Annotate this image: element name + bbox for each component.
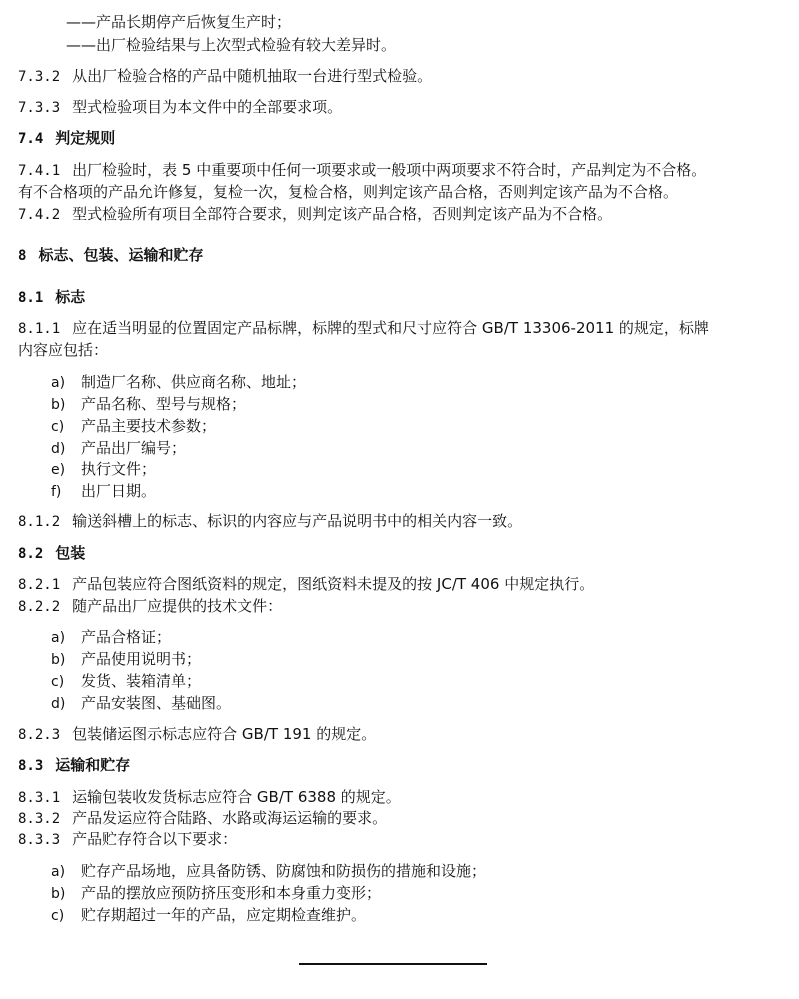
list-item: b)产品名称、型号与规格； (51, 394, 246, 415)
list-text: 产品合格证； (81, 628, 171, 646)
list-label: b) (51, 395, 81, 415)
section-number: 7.4 (18, 129, 43, 149)
list-text: 产品出厂编号； (81, 439, 186, 457)
list-text: 产品名称、型号与规格； (81, 395, 246, 413)
list-text: 执行文件； (81, 460, 156, 478)
list-label: b) (51, 884, 81, 904)
clause-number: 8.1.1 (18, 319, 60, 339)
clause-text: 产品贮存符合以下要求： (72, 830, 237, 848)
list-label: c) (51, 417, 81, 437)
clause-continuation: 内容应包括： (18, 340, 108, 360)
clause-8-3-3: 8.3.3产品贮存符合以下要求： (18, 829, 237, 850)
clause-number: 8.3.1 (18, 788, 60, 808)
list-label: b) (51, 650, 81, 670)
list-item: a)制造厂名称、供应商名称、地址； (51, 372, 306, 393)
clause-7-3-3: 7.3.3型式检验项目为本文件中的全部要求项。 (18, 97, 342, 118)
list-label: c) (51, 672, 81, 692)
clause-text: 从出厂检验合格的产品中随机抽取一台进行型式检验。 (72, 67, 432, 85)
clause-number: 7.3.3 (18, 98, 60, 118)
list-item: b)产品使用说明书； (51, 649, 201, 670)
clause-text: 随产品出厂应提供的技术文件： (72, 597, 282, 615)
list-label: d) (51, 694, 81, 714)
section-number: 8.3 (18, 756, 43, 776)
clause-text: 产品发运应符合陆路、水路或海运运输的要求。 (72, 809, 387, 827)
list-label: c) (51, 906, 81, 926)
clause-text: 运输包装收发货标志应符合 GB/T 6388 的规定。 (72, 788, 401, 806)
clause-number: 8.2.2 (18, 597, 60, 617)
clause-8-1-2: 8.1.2输送斜槽上的标志、标识的内容应与产品说明书中的相关内容一致。 (18, 511, 522, 532)
dash-item: ——产品长期停产后恢复生产时； (66, 12, 291, 32)
chapter-number: 8 (18, 246, 26, 266)
clause-7-4-1: 7.4.1出厂检验时，表 5 中重要项中任何一项要求或一般项中两项要求不符合时，… (18, 160, 706, 181)
clause-number: 8.2.1 (18, 575, 60, 595)
clause-number: 8.3.3 (18, 830, 60, 850)
list-label: a) (51, 862, 81, 882)
list-label: f) (51, 482, 81, 502)
clause-text: 应在适当明显的位置固定产品标牌，标牌的型式和尺寸应符合 GB/T 13306-2… (72, 319, 709, 337)
section-title: 判定规则 (55, 129, 115, 147)
section-heading-8-1: 8.1标志 (18, 287, 85, 308)
clause-8-2-2: 8.2.2随产品出厂应提供的技术文件： (18, 596, 282, 617)
section-title: 包装 (55, 544, 85, 562)
list-label: d) (51, 439, 81, 459)
clause-text: 型式检验所有项目全部符合要求，则判定该产品合格，否则判定该产品为不合格。 (72, 205, 612, 223)
clause-number: 7.3.2 (18, 67, 60, 87)
section-heading-8-2: 8.2包装 (18, 543, 85, 564)
chapter-title: 标志、包装、运输和贮存 (38, 246, 203, 264)
clause-7-3-2: 7.3.2从出厂检验合格的产品中随机抽取一台进行型式检验。 (18, 66, 432, 87)
clause-text: 输送斜槽上的标志、标识的内容应与产品说明书中的相关内容一致。 (72, 512, 522, 530)
list-label: a) (51, 373, 81, 393)
list-item: d)产品安装图、基础图。 (51, 693, 231, 714)
list-item: e)执行文件； (51, 459, 156, 480)
list-item: a)贮存产品场地，应具备防锈、防腐蚀和防损伤的措施和设施； (51, 861, 486, 882)
list-item: c)发货、装箱清单； (51, 671, 201, 692)
clause-number: 7.4.2 (18, 205, 60, 225)
list-text: 产品使用说明书； (81, 650, 201, 668)
list-item: b)产品的摆放应预防挤压变形和本身重力变形； (51, 883, 381, 904)
clause-continuation: 有不合格项的产品允许修复，复检一次，复检合格，则判定该产品合格，否则判定该产品为… (18, 182, 678, 202)
clause-8-3-2: 8.3.2产品发运应符合陆路、水路或海运运输的要求。 (18, 808, 387, 829)
clause-number: 7.4.1 (18, 161, 60, 181)
clause-text: 产品包装应符合图纸资料的规定，图纸资料未提及的按 JC/T 406 中规定执行。 (72, 575, 594, 593)
clause-text: 型式检验项目为本文件中的全部要求项。 (72, 98, 342, 116)
section-title: 标志 (55, 288, 85, 306)
section-title: 运输和贮存 (55, 756, 130, 774)
dash-item: ——出厂检验结果与上次型式检验有较大差异时。 (66, 35, 396, 55)
end-of-document-rule (299, 963, 487, 965)
list-text: 制造厂名称、供应商名称、地址； (81, 373, 306, 391)
section-number: 8.2 (18, 544, 43, 564)
clause-number: 8.2.3 (18, 725, 60, 745)
list-item: c)产品主要技术参数； (51, 416, 216, 437)
section-heading-8-3: 8.3运输和贮存 (18, 755, 130, 776)
clause-8-1-1: 8.1.1应在适当明显的位置固定产品标牌，标牌的型式和尺寸应符合 GB/T 13… (18, 318, 709, 339)
list-text: 出厂日期。 (81, 482, 156, 500)
clause-7-4-2: 7.4.2型式检验所有项目全部符合要求，则判定该产品合格，否则判定该产品为不合格… (18, 204, 612, 225)
clause-text: 包装储运图示标志应符合 GB/T 191 的规定。 (72, 725, 376, 743)
list-text: 发货、装箱清单； (81, 672, 201, 690)
chapter-heading-8: 8标志、包装、运输和贮存 (18, 245, 203, 266)
list-item: c)贮存期超过一年的产品，应定期检查维护。 (51, 905, 366, 926)
clause-8-3-1: 8.3.1运输包装收发货标志应符合 GB/T 6388 的规定。 (18, 787, 401, 808)
list-label: e) (51, 460, 81, 480)
list-text: 产品安装图、基础图。 (81, 694, 231, 712)
list-item: d)产品出厂编号； (51, 438, 186, 459)
section-number: 8.1 (18, 288, 43, 308)
clause-8-2-3: 8.2.3包装储运图示标志应符合 GB/T 191 的规定。 (18, 724, 376, 745)
list-text: 产品主要技术参数； (81, 417, 216, 435)
clause-number: 8.3.2 (18, 809, 60, 829)
list-item: a)产品合格证； (51, 627, 171, 648)
list-text: 贮存期超过一年的产品，应定期检查维护。 (81, 906, 366, 924)
clause-text: 出厂检验时，表 5 中重要项中任何一项要求或一般项中两项要求不符合时，产品判定为… (72, 161, 706, 179)
clause-number: 8.1.2 (18, 512, 60, 532)
clause-8-2-1: 8.2.1产品包装应符合图纸资料的规定，图纸资料未提及的按 JC/T 406 中… (18, 574, 594, 595)
list-label: a) (51, 628, 81, 648)
list-text: 产品的摆放应预防挤压变形和本身重力变形； (81, 884, 381, 902)
list-item: f)出厂日期。 (51, 481, 156, 502)
list-text: 贮存产品场地，应具备防锈、防腐蚀和防损伤的措施和设施； (81, 862, 486, 880)
section-heading-7-4: 7.4判定规则 (18, 128, 115, 149)
